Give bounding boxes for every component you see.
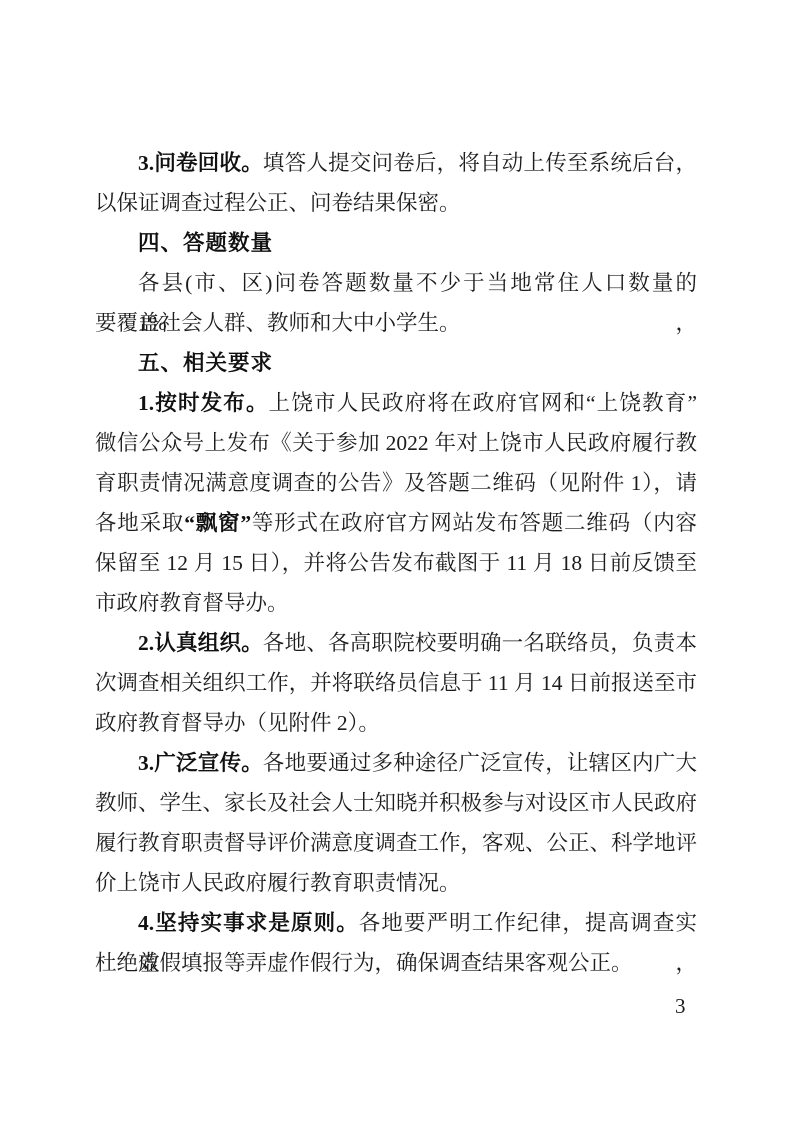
- text-line: 教师、学生、家长及社会人士知晓并积极参与对设区市人民政府: [95, 783, 697, 823]
- bold-text-segment: 3.广泛宣传。: [138, 751, 263, 775]
- text-line: 以保证调查过程公正、问卷结果保密。: [95, 183, 697, 223]
- text-line: 微信公众号上发布《关于参加 2022 年对上饶市人民政府履行教: [95, 423, 697, 463]
- text-line: 3.广泛宣传。各地要通过多种途径广泛宣传，让辖区内广大: [95, 743, 697, 783]
- text-segment: 政府教育督导办（见附件 2）。: [95, 711, 380, 735]
- text-line: 市政府教育督导办。: [95, 583, 697, 623]
- text-segment: 价上饶市人民政府履行教育职责情况。: [95, 871, 461, 895]
- text-line: 价上饶市人民政府履行教育职责情况。: [95, 863, 697, 903]
- text-segment: 市政府教育督导办。: [95, 591, 289, 615]
- text-line: 3.问卷回收。填答人提交问卷后，将自动上传至系统后台，: [95, 143, 697, 183]
- text-segment: 杜绝虚假填报等弄虚作假行为，确保调查结果客观公正。: [95, 951, 633, 975]
- document-page: 3.问卷回收。填答人提交问卷后，将自动上传至系统后台，以保证调查过程公正、问卷结…: [0, 0, 793, 1122]
- text-segment: 填答人提交问卷后，将自动上传至系统后台，: [263, 151, 697, 175]
- text-line: 政府教育督导办（见附件 2）。: [95, 703, 697, 743]
- text-segment: 各地、各高职院校要明确一名联络员，负责本: [263, 631, 697, 655]
- bold-text-segment: “飘窗”: [184, 511, 251, 535]
- text-segment: 履行教育职责督导评价满意度调查工作，客观、公正、科学地评: [95, 831, 697, 855]
- text-segment: 教师、学生、家长及社会人士知晓并积极参与对设区市人民政府: [95, 791, 697, 815]
- text-segment: 次调查相关组织工作，并将联络员信息于 11 月 14 日前报送至市: [95, 671, 697, 695]
- text-line: 履行教育职责督导评价满意度调查工作，客观、公正、科学地评: [95, 823, 697, 863]
- bold-text-segment: 3.问卷回收。: [138, 151, 263, 175]
- page-number: 3: [675, 993, 686, 1019]
- bold-text-segment: 1.按时发布。: [138, 391, 269, 415]
- text-segment: 保留至 12 月 15 日），并将公告发布截图于 11 月 18 日前反馈至: [95, 551, 697, 575]
- text-line: 各地采取“飘窗”等形式在政府官方网站发布答题二维码（内容: [95, 503, 697, 543]
- text-line: 杜绝虚假填报等弄虚作假行为，确保调查结果客观公正。: [95, 943, 697, 983]
- section-heading: 五、相关要求: [95, 343, 697, 383]
- section-heading: 四、答题数量: [95, 223, 697, 263]
- text-segment: 各地要通过多种途径广泛宣传，让辖区内广大: [263, 751, 697, 775]
- text-segment: 等形式在政府官方网站发布答题二维码（内容: [251, 511, 697, 535]
- text-line: 各县(市、区)问卷答题数量不少于当地常住人口数量的 1%，: [95, 263, 697, 303]
- text-line: 育职责情况满意度调查的公告》及答题二维码（见附件 1），请: [95, 463, 697, 503]
- document-body: 3.问卷回收。填答人提交问卷后，将自动上传至系统后台，以保证调查过程公正、问卷结…: [95, 143, 697, 983]
- text-line: 1.按时发布。上饶市人民政府将在政府官网和“上饶教育”: [95, 383, 697, 423]
- text-line: 保留至 12 月 15 日），并将公告发布截图于 11 月 18 日前反馈至: [95, 543, 697, 583]
- text-segment: 各地采取: [95, 511, 184, 535]
- text-segment: 微信公众号上发布《关于参加 2022 年对上饶市人民政府履行教: [95, 431, 697, 455]
- text-segment: 育职责情况满意度调查的公告》及答题二维码（见附件 1），请: [95, 471, 697, 495]
- bold-text-segment: 四、答题数量: [138, 231, 273, 255]
- text-line: 次调查相关组织工作，并将联络员信息于 11 月 14 日前报送至市: [95, 663, 697, 703]
- text-segment: 上饶市人民政府将在政府官网和“上饶教育”: [269, 391, 697, 415]
- bold-text-segment: 2.认真组织。: [138, 631, 263, 655]
- text-segment: 要覆盖社会人群、教师和大中小学生。: [95, 311, 461, 335]
- bold-text-segment: 4.坚持实事求是原则。: [138, 911, 359, 935]
- text-line: 2.认真组织。各地、各高职院校要明确一名联络员，负责本: [95, 623, 697, 663]
- text-line: 4.坚持实事求是原则。各地要严明工作纪律，提高调查实效，: [95, 903, 697, 943]
- text-segment: 以保证调查过程公正、问卷结果保密。: [95, 191, 461, 215]
- bold-text-segment: 五、相关要求: [138, 351, 273, 375]
